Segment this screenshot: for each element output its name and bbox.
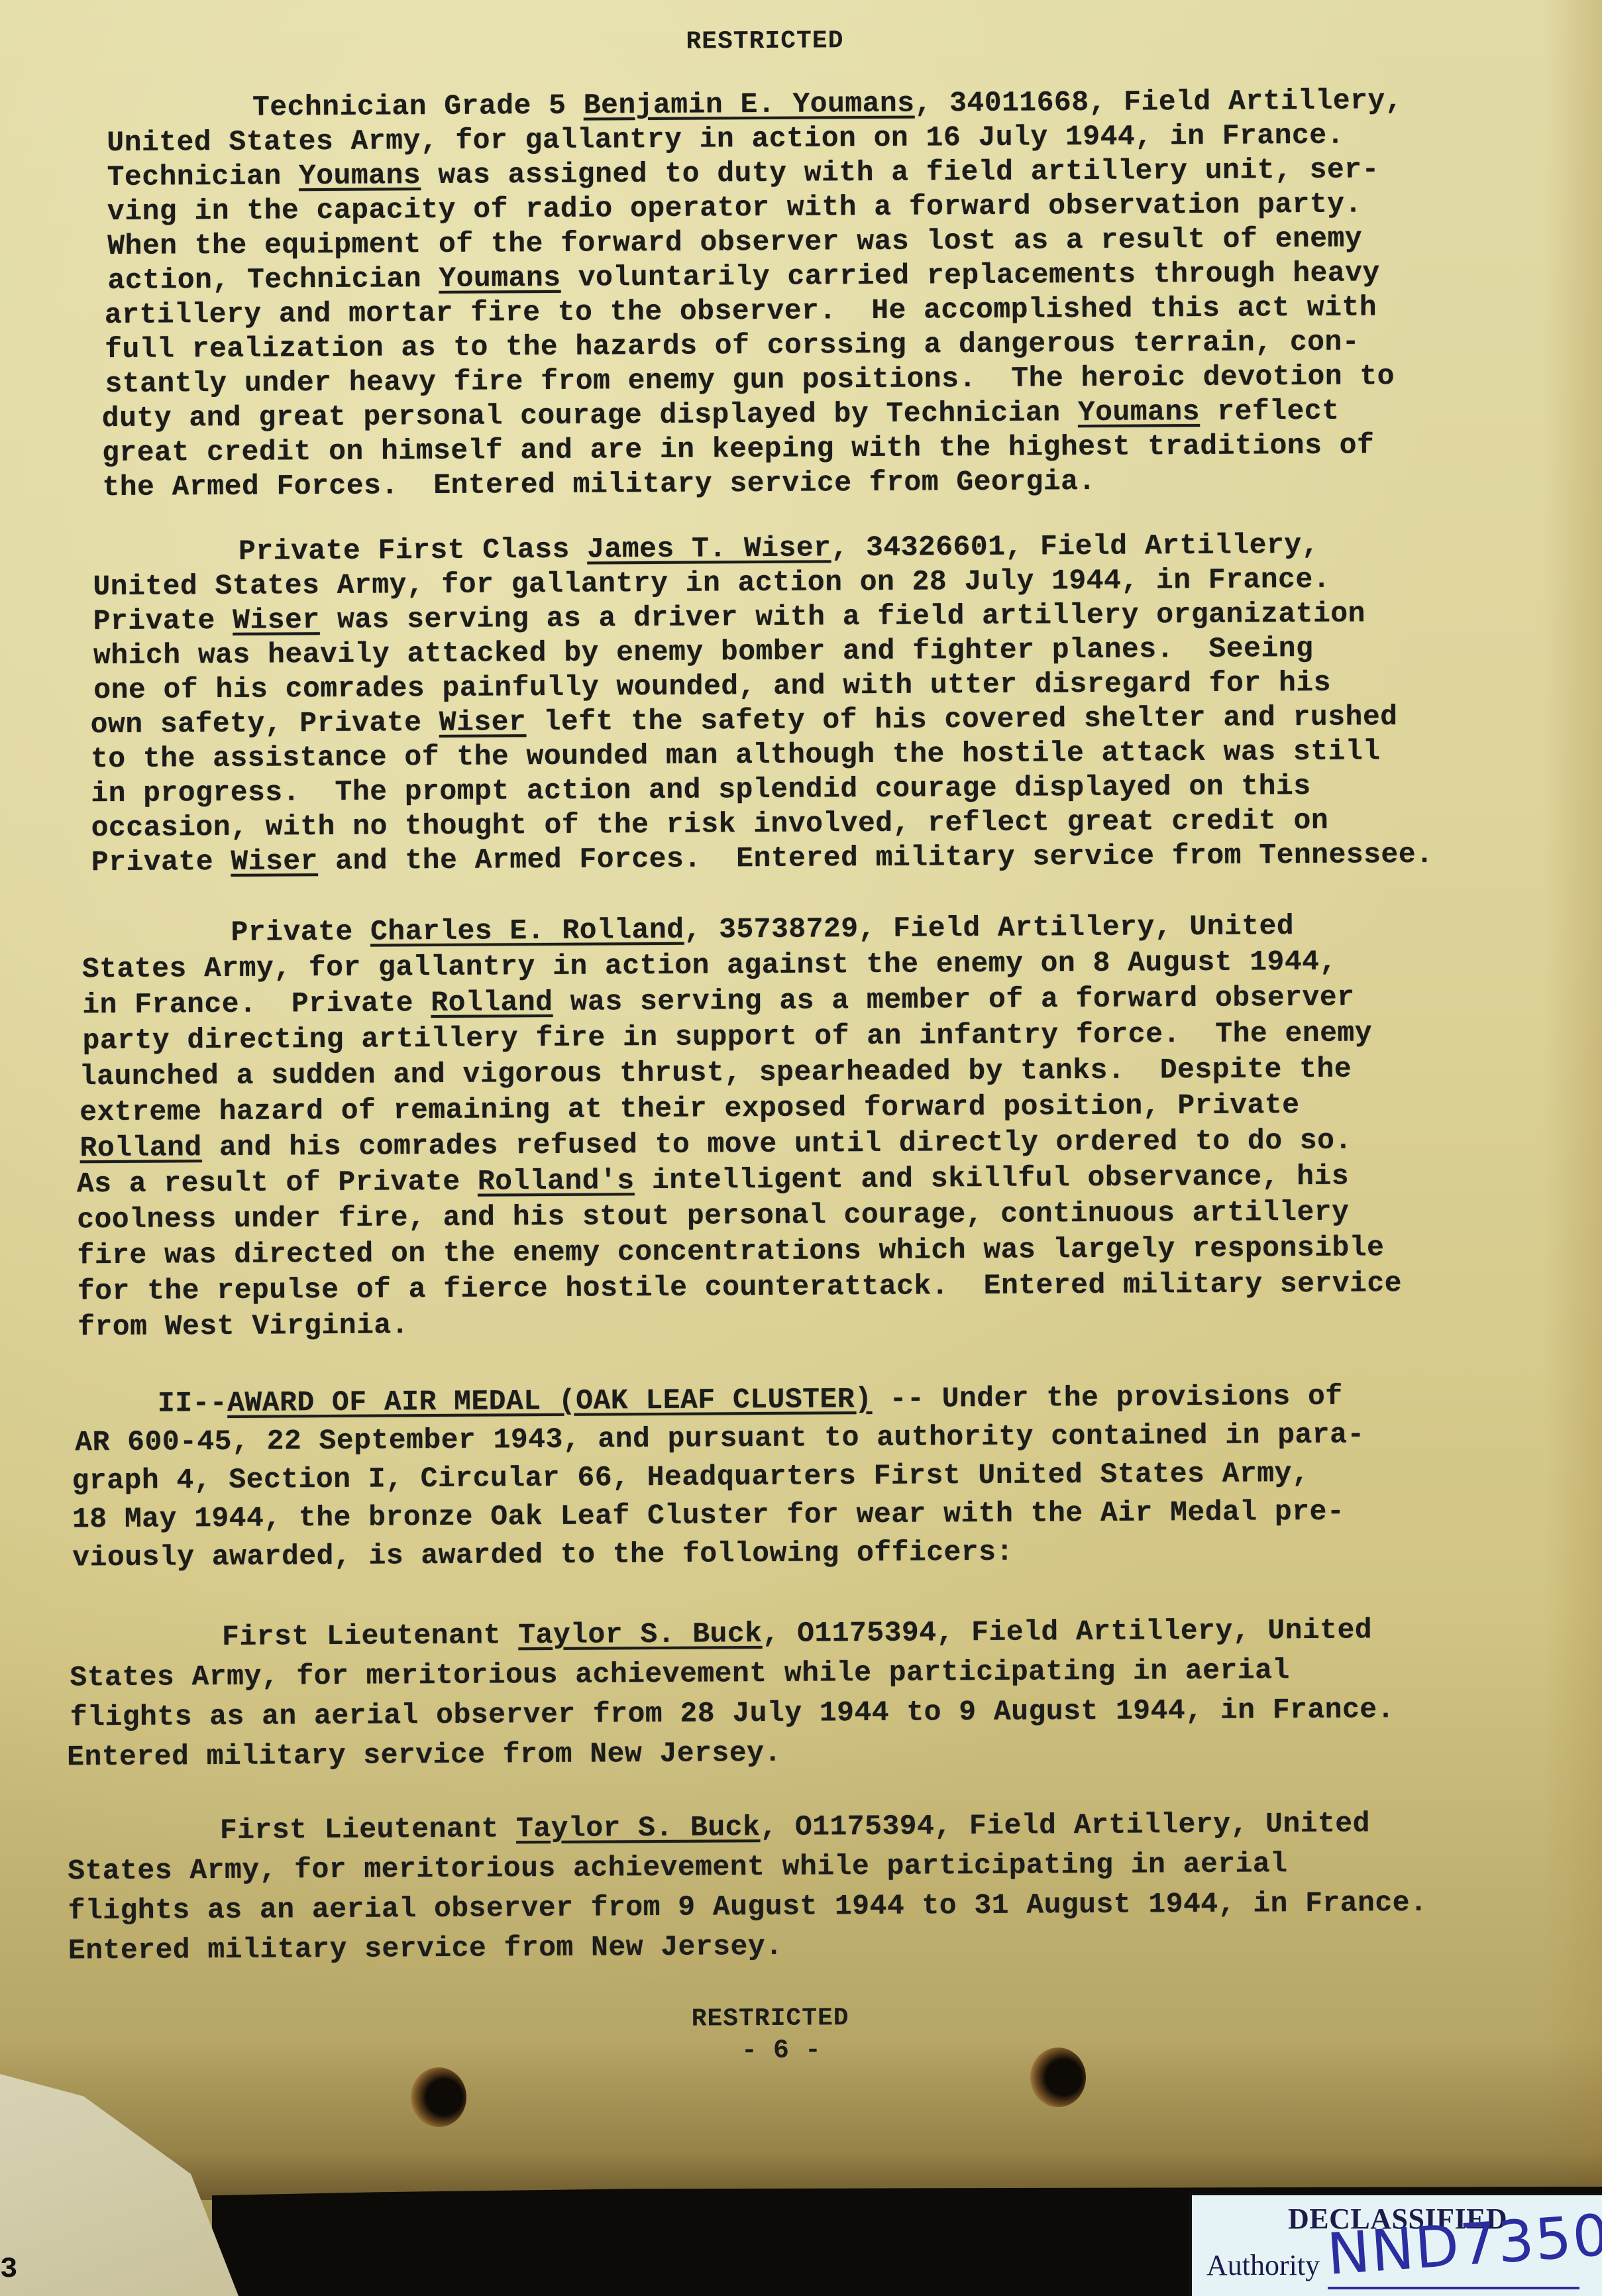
document-body: RESTRICTED Technician Grade 5 Benjamin E… [0,0,1602,2054]
footer-restricted-marking: RESTRICTED [692,2004,849,2033]
citation-line: for the repulse of a fierce hostile coun… [78,1267,1402,1308]
citation-line: Private First Class James T. Wiser, 3432… [239,529,1319,569]
citation-line: in France. Private Rolland was serving a… [82,981,1355,1022]
section-line: 18 May 1944, the bronze Oak Leaf Cluster… [72,1496,1344,1537]
punch-hole-right [1030,2048,1086,2107]
stamp-authority-label: Authority [1206,2248,1320,2282]
stamp-underline [1328,2287,1579,2289]
citation-line: Technician Youmans was assigned to duty … [107,153,1379,194]
corner-mark: 3 [0,2253,17,2286]
section-line: AR 600-45, 22 September 1943, and pursua… [75,1418,1365,1459]
citation-line: United States Army, for gallantry in act… [107,119,1344,160]
section-heading-line: II--AWARD OF AIR MEDAL (OAK LEAF CLUSTER… [158,1380,1343,1421]
recipient-name: Taylor S. Buck [516,1811,761,1845]
recipient-name: James T. Wiser [587,531,831,565]
citation-line: Entered military service from New Jersey… [67,1737,782,1775]
citation-line: Rolland and his comrades refused to move… [80,1124,1352,1166]
section-heading: AWARD OF AIR MEDAL (OAK LEAF CLUSTER) [227,1383,873,1419]
citation-line: stantly under heavy fire from enemy gun … [105,360,1395,401]
citation-line: ving in the capacity of radio operator w… [107,188,1362,229]
citation-line: coolness under fire, and his stout perso… [77,1196,1349,1237]
citation-line: First Lieutenant Taylor S. Buck, O117539… [220,1807,1370,1847]
citation-line: which was heavily attacked by enemy bomb… [93,632,1314,673]
citation-line: fire was directed on the enemy concentra… [77,1231,1384,1272]
citation-line: As a result of Private Rolland's intelli… [77,1160,1350,1201]
citation-line: to the assistance of the wounded man alt… [91,735,1381,776]
citation-line: in progress. The prompt action and splen… [91,770,1311,810]
citation-line: one of his comrades painfully wounded, a… [93,667,1331,707]
citation-line: United States Army, for gallantry in act… [93,563,1330,604]
citation-line: party directing artillery fire in suppor… [82,1016,1372,1058]
citation-line: full realization as to the hazards of co… [105,325,1360,366]
citation-line: Private Wiser was serving as a driver wi… [93,597,1366,638]
recipient-name: Charles E. Rolland [370,914,684,948]
citation-line: States Army, for meritorious achievement… [68,1847,1288,1888]
citation-line: Entered military service from New Jersey… [68,1930,783,1968]
punch-hole-left [411,2067,466,2127]
citation-line: Private Charles E. Rolland, 35738729, Fi… [231,910,1294,950]
citation-line: own safety, Private Wiser left the safet… [91,700,1398,741]
citation-line: States Army, for gallantry in action aga… [82,946,1337,987]
citation-line: extreme hazard of remaining at their exp… [80,1089,1300,1129]
citation-line: artillery and mortar fire to the observe… [105,291,1377,332]
page-number: - 6 - [741,2036,821,2066]
citation-line: flights as an aerial observer from 9 Aug… [68,1886,1427,1928]
section-line: graph 4, Section I, Circular 66, Headqua… [72,1457,1310,1498]
section-line: viously awarded, is awarded to the follo… [72,1536,1014,1575]
recipient-name: Benjamin E. Youmans [584,87,915,122]
citation-line: the Armed Forces. Entered military servi… [102,465,1096,504]
citation-line: Technician Grade 5 Benjamin E. Youmans, … [252,84,1403,125]
citation-line: action, Technician Youmans voluntarily c… [107,256,1380,298]
citation-line: duty and great personal courage displaye… [102,395,1340,435]
citation-line: First Lieutenant Taylor S. Buck, O117539… [222,1613,1372,1654]
citation-line: States Army, for meritorious achievement… [70,1654,1290,1694]
citation-line: launched a sudden and vigorous thrust, s… [80,1053,1352,1094]
citation-line: occasion, with no thought of the risk in… [91,804,1328,845]
declassified-stamp: DECLASSIFIED Authority NND735017 [1189,2193,1602,2296]
citation-line: Private Wiser and the Armed Forces. Ente… [91,838,1434,879]
recipient-name: Taylor S. Buck [518,1617,763,1651]
header-restricted-marking: RESTRICTED [686,27,843,56]
citation-line: flights as an aerial observer from 28 Ju… [70,1693,1395,1734]
citation-line: When the equipment of the forward observ… [107,222,1362,263]
citation-line: great credit on himself and are in keepi… [102,429,1374,470]
citation-line: from West Virginia. [78,1309,409,1344]
